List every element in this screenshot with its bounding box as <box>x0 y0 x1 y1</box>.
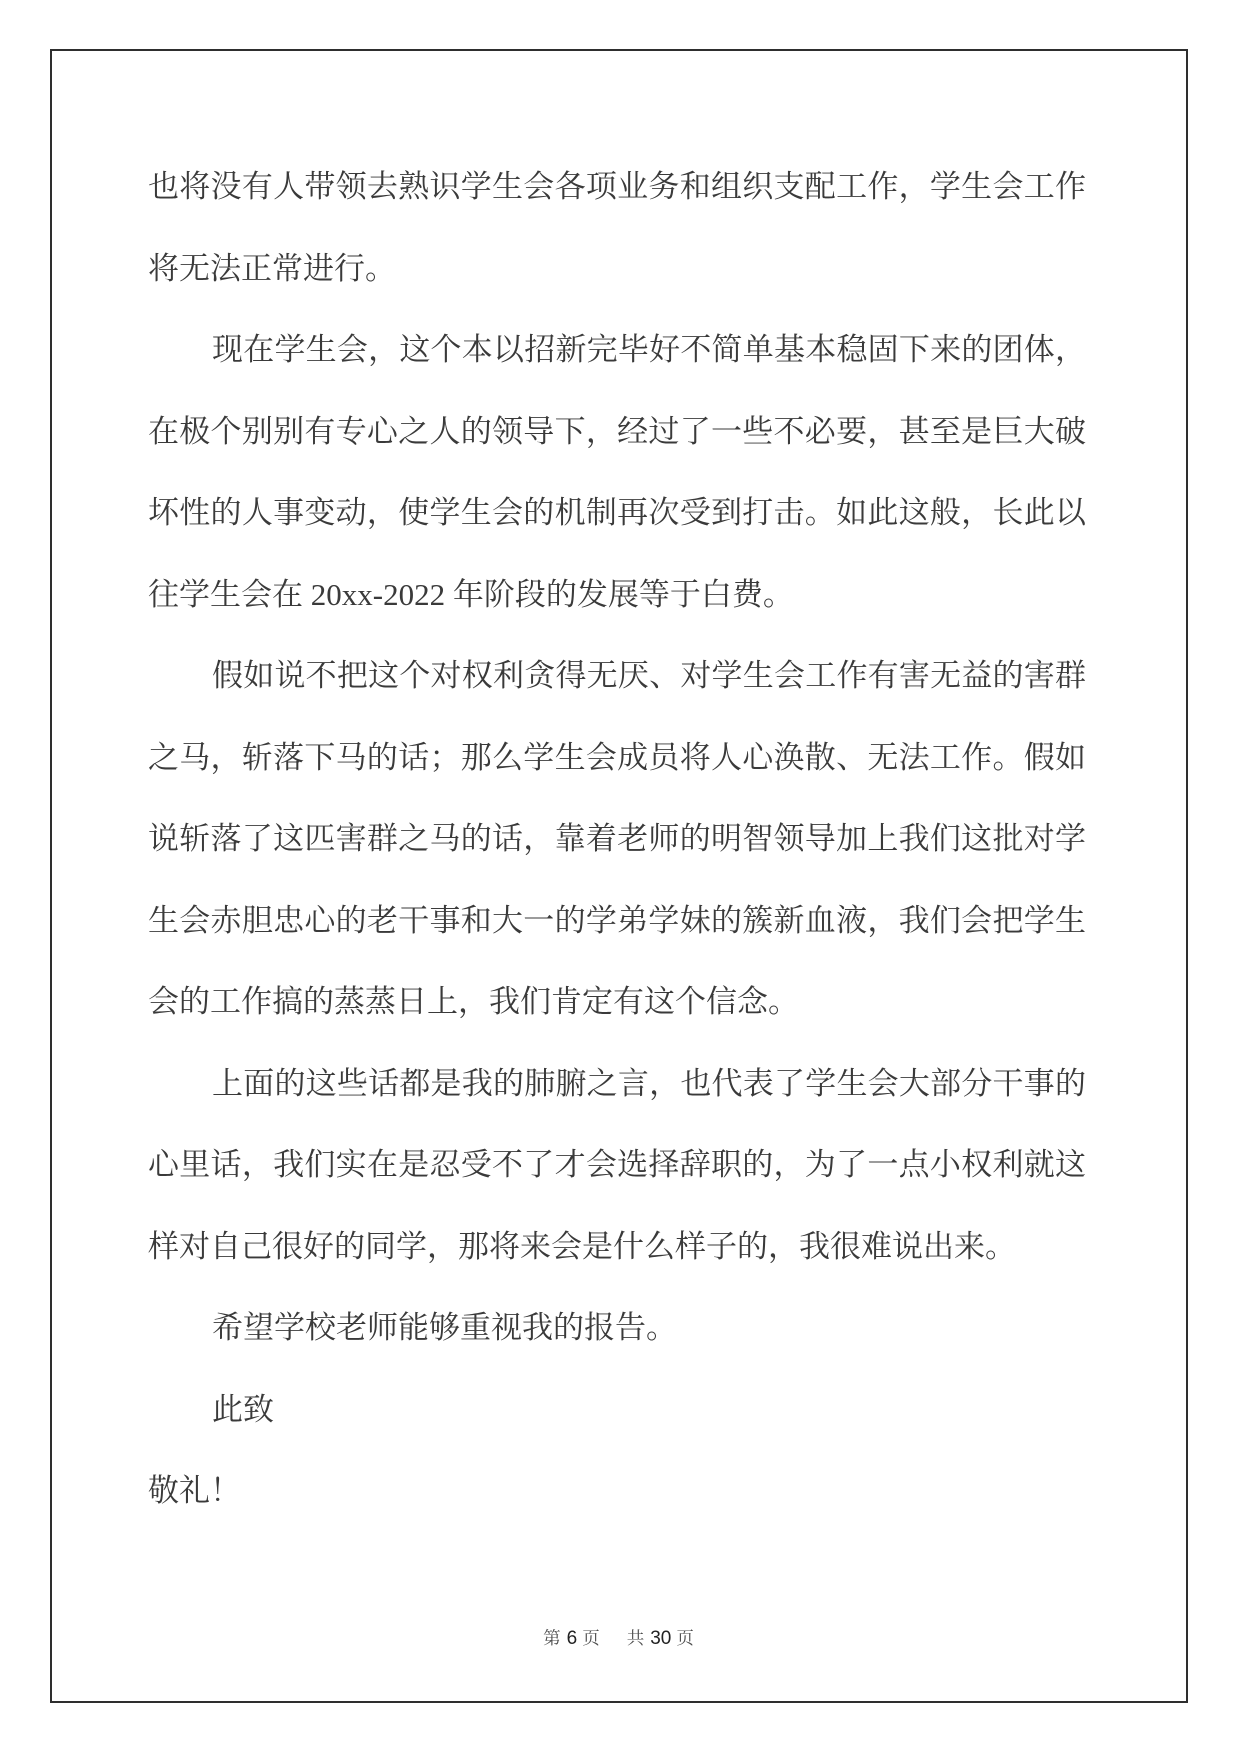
page: 也将没有人带领去熟识学生会各项业务和组织支配工作，学生会工作将无法正常进行。现在… <box>0 0 1241 1754</box>
total-pages-indicator: 共30页 <box>627 1628 695 1648</box>
text-line: 说斩落了这匹害群之马的话，靠着老师的明智领导加上我们这批对学 <box>148 798 1086 880</box>
text-line: 往学生会在 20xx-2022 年阶段的发展等于白费。 <box>148 554 1086 636</box>
page-border-frame: 也将没有人带领去熟识学生会各项业务和组织支配工作，学生会工作将无法正常进行。现在… <box>50 49 1188 1703</box>
text-line: 上面的这些话都是我的肺腑之言，也代表了学生会大部分干事的 <box>148 1043 1086 1125</box>
page-indicator: 第6页 <box>543 1628 601 1648</box>
text-line: 样对自己很好的同学，那将来会是什么样子的，我很难说出来。 <box>148 1206 1086 1288</box>
text-line: 将无法正常进行。 <box>148 228 1086 310</box>
page-footer: 第6页共30页 <box>52 1625 1186 1650</box>
text-line: 会的工作搞的蒸蒸日上，我们肯定有这个信念。 <box>148 961 1086 1043</box>
text-line: 敬礼！ <box>148 1450 1086 1532</box>
text-line: 在极个别别有专心之人的领导下，经过了一些不必要，甚至是巨大破 <box>148 391 1086 473</box>
page-prefix-label: 第 <box>543 1628 562 1648</box>
page-suffix-label: 页 <box>582 1628 601 1648</box>
total-prefix-label: 共 <box>627 1628 646 1648</box>
text-line: 假如说不把这个对权利贪得无厌、对学生会工作有害无益的害群 <box>148 635 1086 717</box>
document-text: 也将没有人带领去熟识学生会各项业务和组织支配工作，学生会工作将无法正常进行。现在… <box>148 146 1086 1532</box>
current-page-number: 6 <box>567 1628 578 1649</box>
text-line: 生会赤胆忠心的老干事和大一的学弟学妹的簇新血液，我们会把学生 <box>148 880 1086 962</box>
text-line: 心里话，我们实在是忍受不了才会选择辞职的，为了一点小权利就这 <box>148 1124 1086 1206</box>
text-line: 现在学生会，这个本以招新完毕好不简单基本稳固下来的团体， <box>148 309 1086 391</box>
text-line: 希望学校老师能够重视我的报告。 <box>148 1287 1086 1369</box>
text-line: 坏性的人事变动，使学生会的机制再次受到打击。如此这般，长此以 <box>148 472 1086 554</box>
text-line: 之马，斩落下马的话；那么学生会成员将人心涣散、无法工作。假如 <box>148 717 1086 799</box>
text-line: 也将没有人带领去熟识学生会各项业务和组织支配工作，学生会工作 <box>148 146 1086 228</box>
total-suffix-label: 页 <box>676 1628 695 1648</box>
total-pages-number: 30 <box>650 1628 671 1649</box>
text-line: 此致 <box>148 1369 1086 1451</box>
